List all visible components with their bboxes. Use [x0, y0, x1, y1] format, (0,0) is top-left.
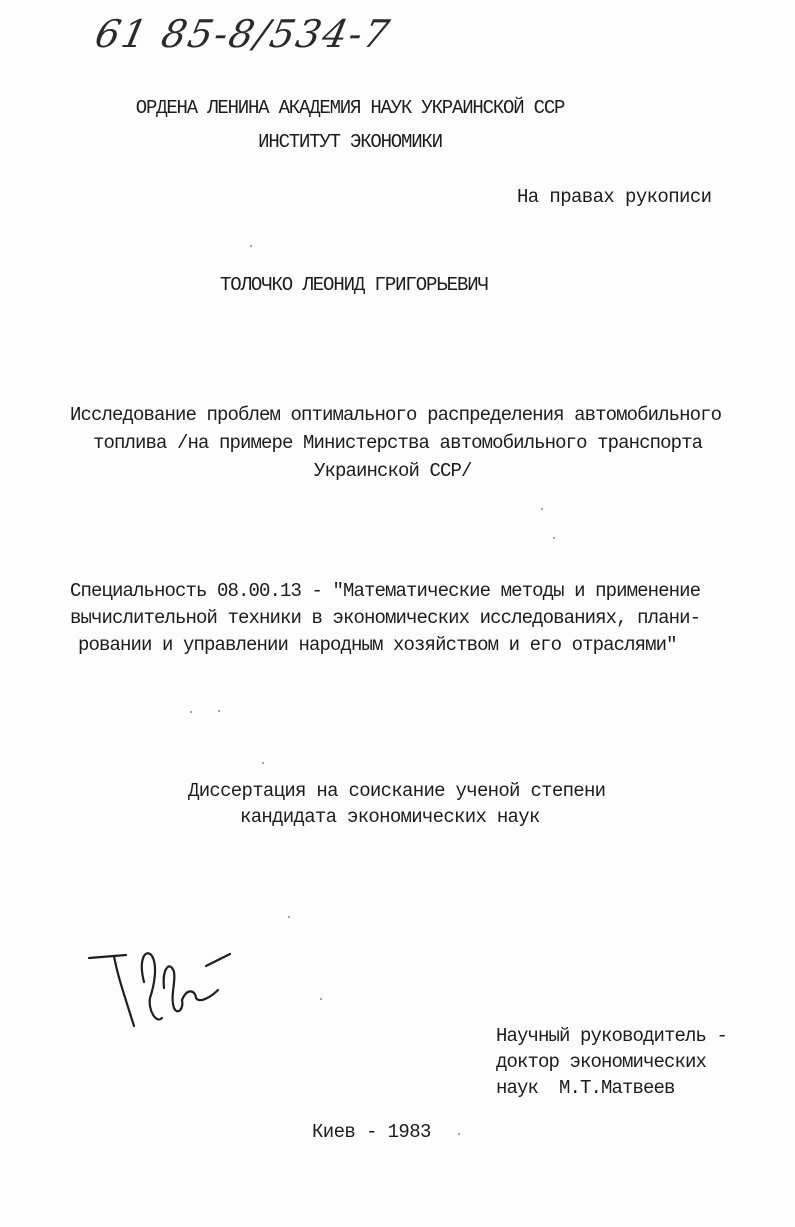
scan-speck — [541, 508, 543, 510]
scan-speck — [262, 762, 264, 764]
document-page: 61 85-8/534-7 ОРДЕНА ЛЕНИНА АКАДЕМИЯ НАУ… — [0, 0, 795, 1227]
supervisor-line: Научный руководитель - — [496, 1024, 727, 1048]
scan-speck — [288, 916, 290, 918]
signature-icon — [84, 938, 244, 1038]
archive-mark: 61 85-8/534-7 — [91, 12, 395, 56]
title-line: Исследование проблем оптимального распре… — [70, 403, 721, 427]
supervisor-line: доктор экономических — [496, 1050, 706, 1074]
title-line: топлива /на примере Министерства автомоб… — [93, 431, 702, 455]
scan-speck — [320, 998, 322, 1000]
institute-name: ИНСТИТУТ ЭКОНОМИКИ — [0, 130, 700, 154]
manuscript-rights: На правах рукописи — [517, 185, 711, 209]
degree-line: кандидата экономических наук — [240, 805, 540, 829]
place-and-year: Киев - 1983 — [312, 1120, 431, 1144]
degree-line: Диссертация на соискание ученой степени — [188, 779, 605, 803]
scan-speck — [458, 1133, 460, 1135]
title-line: Украинской ССР/ — [314, 459, 472, 483]
specialty-line: вычислительной техники в экономических и… — [70, 606, 700, 630]
organization-name: ОРДЕНА ЛЕНИНА АКАДЕМИЯ НАУК УКРАИНСКОЙ С… — [0, 96, 700, 120]
scan-speck — [553, 537, 555, 539]
supervisor-line: наук М.Т.Матвеев — [496, 1076, 675, 1100]
specialty-line: Специальность 08.00.13 - "Математические… — [70, 579, 700, 603]
author-name: ТОЛОЧКО ЛЕОНИД ГРИГОРЬЕВИЧ — [220, 273, 488, 297]
scan-speck — [250, 245, 252, 247]
scan-speck — [218, 710, 220, 712]
scan-speck — [190, 711, 192, 713]
specialty-line: ровании и управлении народным хозяйством… — [78, 633, 677, 657]
